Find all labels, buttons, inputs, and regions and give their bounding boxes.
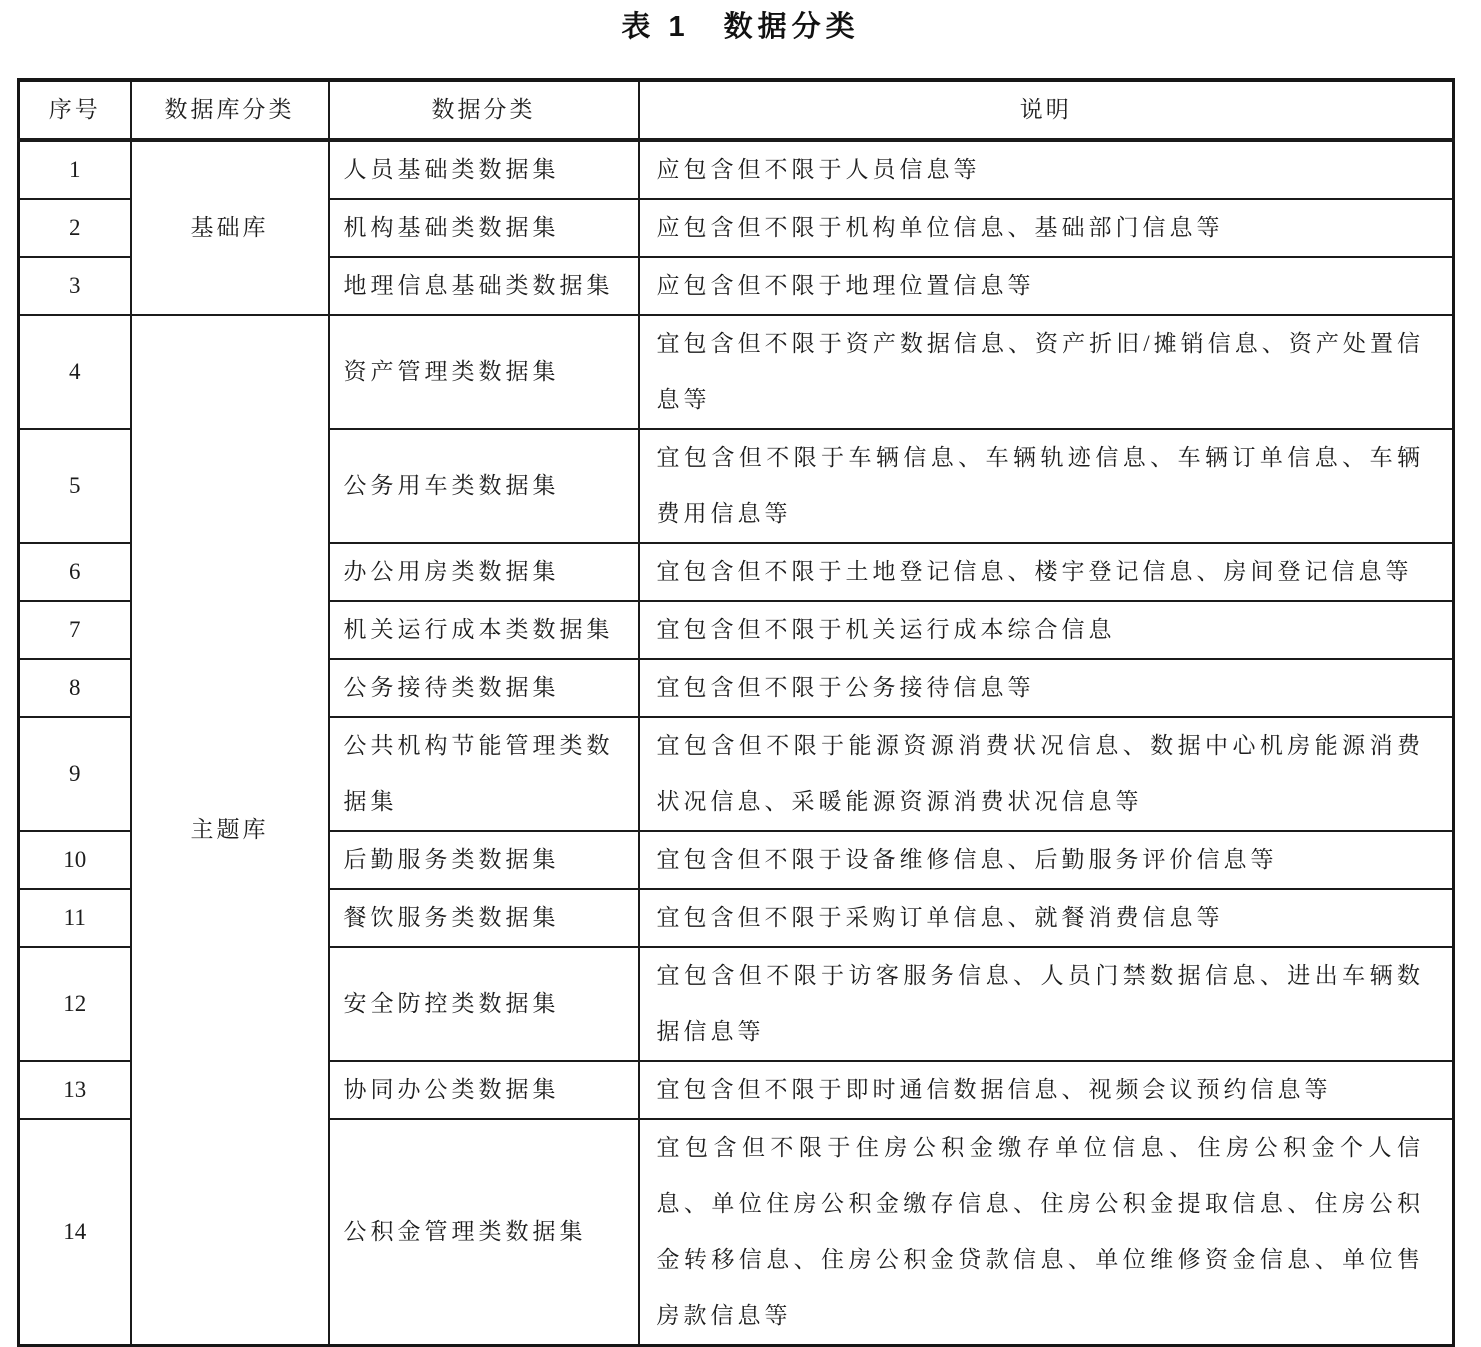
data-category-cell: 公共机构节能管理类数据集 (329, 717, 639, 831)
data-category-cell: 地理信息基础类数据集 (329, 257, 639, 315)
row-number-cell: 6 (19, 543, 131, 601)
data-category-cell: 办公用房类数据集 (329, 543, 639, 601)
row-number-cell: 4 (19, 315, 131, 429)
description-cell: 宜包含但不限于设备维修信息、后勤服务评价信息等 (639, 831, 1454, 889)
header-data-category: 数据分类 (329, 80, 639, 140)
data-category-cell: 安全防控类数据集 (329, 947, 639, 1061)
table-body: 1基础库人员基础类数据集应包含但不限于人员信息等2机构基础类数据集应包含但不限于… (19, 140, 1454, 1347)
table-row: 4主题库资产管理类数据集宜包含但不限于资产数据信息、资产折旧/摊销信息、资产处置… (19, 315, 1454, 429)
description-cell: 宜包含但不限于土地登记信息、楼宇登记信息、房间登记信息等 (639, 543, 1454, 601)
description-cell: 宜包含但不限于车辆信息、车辆轨迹信息、车辆订单信息、车辆费用信息等 (639, 429, 1454, 543)
description-cell: 应包含但不限于地理位置信息等 (639, 257, 1454, 315)
description-cell: 宜包含但不限于采购订单信息、就餐消费信息等 (639, 889, 1454, 947)
row-number-cell: 12 (19, 947, 131, 1061)
description-cell: 宜包含但不限于能源资源消费状况信息、数据中心机房能源消费状况信息、采暖能源资源消… (639, 717, 1454, 831)
data-classification-table: 序号 数据库分类 数据分类 说明 1基础库人员基础类数据集应包含但不限于人员信息… (17, 78, 1455, 1347)
row-number-cell: 3 (19, 257, 131, 315)
database-group-cell: 基础库 (131, 140, 329, 315)
row-number-cell: 10 (19, 831, 131, 889)
row-number-cell: 7 (19, 601, 131, 659)
header-description: 说明 (639, 80, 1454, 140)
row-number-cell: 1 (19, 140, 131, 199)
description-cell: 宜包含但不限于机关运行成本综合信息 (639, 601, 1454, 659)
header-row: 序号 数据库分类 数据分类 说明 (19, 80, 1454, 140)
data-category-cell: 机构基础类数据集 (329, 199, 639, 257)
database-group-cell: 主题库 (131, 315, 329, 1347)
header-database-category: 数据库分类 (131, 80, 329, 140)
row-number-cell: 2 (19, 199, 131, 257)
header-serial-number: 序号 (19, 80, 131, 140)
row-number-cell: 14 (19, 1119, 131, 1347)
data-category-cell: 公积金管理类数据集 (329, 1119, 639, 1347)
table-row: 1基础库人员基础类数据集应包含但不限于人员信息等 (19, 140, 1454, 199)
data-category-cell: 后勤服务类数据集 (329, 831, 639, 889)
data-category-cell: 餐饮服务类数据集 (329, 889, 639, 947)
description-cell: 宜包含但不限于公务接待信息等 (639, 659, 1454, 717)
row-number-cell: 11 (19, 889, 131, 947)
row-number-cell: 13 (19, 1061, 131, 1119)
description-cell: 宜包含但不限于访客服务信息、人员门禁数据信息、进出车辆数据信息等 (639, 947, 1454, 1061)
data-category-cell: 协同办公类数据集 (329, 1061, 639, 1119)
description-cell: 应包含但不限于机构单位信息、基础部门信息等 (639, 199, 1454, 257)
data-category-cell: 公务用车类数据集 (329, 429, 639, 543)
table-header: 序号 数据库分类 数据分类 说明 (19, 80, 1454, 140)
data-category-cell: 资产管理类数据集 (329, 315, 639, 429)
description-cell: 应包含但不限于人员信息等 (639, 140, 1454, 199)
data-category-cell: 人员基础类数据集 (329, 140, 639, 199)
description-cell: 宜包含但不限于住房公积金缴存单位信息、住房公积金个人信息、单位住房公积金缴存信息… (639, 1119, 1454, 1347)
description-cell: 宜包含但不限于资产数据信息、资产折旧/摊销信息、资产处置信息等 (639, 315, 1454, 429)
data-category-cell: 机关运行成本类数据集 (329, 601, 639, 659)
data-category-cell: 公务接待类数据集 (329, 659, 639, 717)
row-number-cell: 9 (19, 717, 131, 831)
description-cell: 宜包含但不限于即时通信数据信息、视频会议预约信息等 (639, 1061, 1454, 1119)
row-number-cell: 5 (19, 429, 131, 543)
page-title: 表 1 数据分类 (0, 7, 1481, 47)
row-number-cell: 8 (19, 659, 131, 717)
